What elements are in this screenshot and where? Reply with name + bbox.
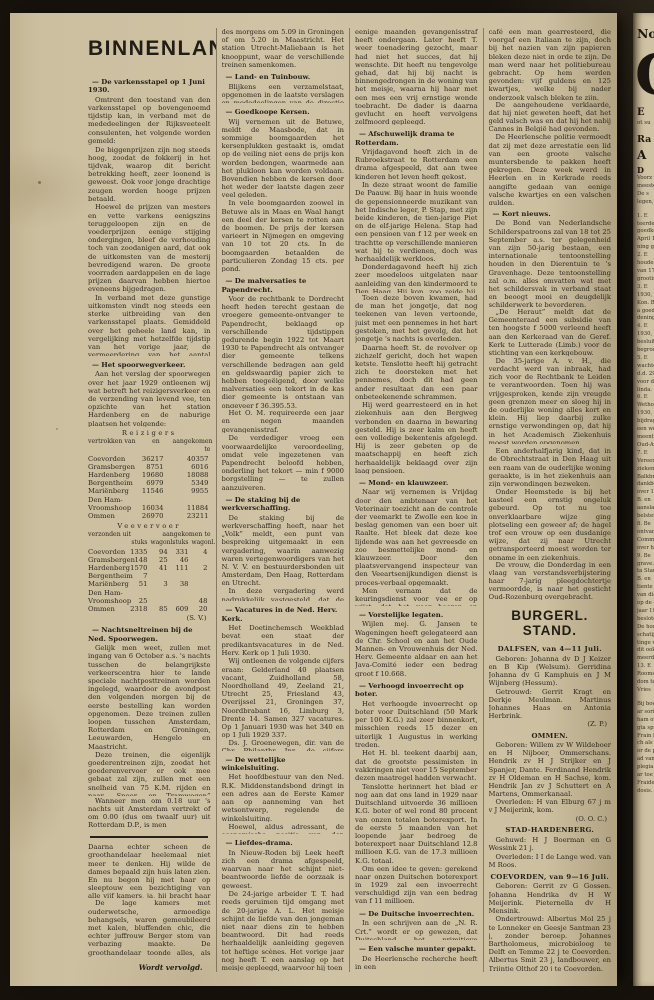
cut-off-text-fragment: 1930, ho [637, 410, 654, 418]
table-header-cell: aangekomen te [173, 438, 211, 454]
feuilleton-divider [90, 836, 208, 838]
masthead-fragment: E [637, 107, 654, 118]
cut-off-text-fragment: B. en [637, 497, 654, 505]
table-header-cell: en [139, 438, 172, 454]
article-subheading: — Afschuwelijk drama te Rotterdam. [355, 130, 478, 147]
cut-off-text-fragment: April 19 [637, 236, 654, 244]
table-row: Gramsbergen1482546 [88, 556, 211, 564]
cut-off-text-fragment: tinge vo [637, 640, 654, 648]
table-cell [191, 580, 210, 588]
article-paragraph: Wij vernemen uit de Betuwe, meldt de Maa… [222, 118, 345, 199]
cut-off-text-fragment: dosis. [637, 788, 654, 796]
table-cell: 6979 [139, 479, 172, 487]
article-paragraph: In deze vergadering werd nadrukkelijk va… [222, 587, 345, 601]
table-cell [171, 597, 192, 605]
table-cell: 11884 [173, 504, 211, 512]
table-cell: 26970 [139, 512, 172, 520]
article-paragraph: Men vernam dat de keuringsdienst voor ve… [355, 587, 478, 606]
article-subheading: — Een valsche munter gepakt. [355, 945, 478, 953]
article-paragraph: In vele boomgaarden zoowel in Betuwe als… [222, 199, 345, 272]
table-row: Hardenberg1570411112 [88, 564, 211, 572]
cut-off-text-fragment: meerderi [637, 655, 654, 663]
cut-off-text-fragment: Frain bla [637, 733, 654, 741]
cut-off-text-fragment: over 192 [637, 489, 654, 497]
article-paragraph: Getrouwd: Gerrit Kragt en Derkje Meulman… [489, 688, 612, 720]
cut-off-text-fragment: Voorz [637, 175, 654, 183]
page-content: BINNENLAND.— De varkensstapel op 1 Juni … [83, 28, 616, 972]
article-paragraph: Vrijdagavond heeft zich in de Rubroekstr… [355, 148, 478, 180]
table-cell: Bergentheim [88, 479, 139, 487]
newspaper-scan: BINNENLAND.— De varkensstapel op 1 Juni … [0, 0, 654, 1000]
paper-stain [38, 181, 41, 184]
paper-stain [56, 428, 58, 430]
cut-off-text-fragment: 3. E [637, 284, 654, 292]
article-paragraph: De lage kamers met ouderwetsche, armoedi… [88, 899, 211, 958]
cut-off-text-fragment: Kon. B [637, 300, 654, 308]
table-row: Den Ham- [88, 496, 211, 504]
table-header-cell: verzonden uit [88, 531, 149, 539]
cut-off-text-fragment: begrooti [637, 347, 654, 355]
table-cell: 8751 [139, 463, 172, 471]
article-paragraph: Ds. J. Groenewegen, dir. van de Chr. Phi… [222, 739, 345, 750]
cut-off-text-fragment: aanslage [637, 505, 654, 513]
cut-off-text-fragment: plegia da [637, 764, 654, 772]
source-attribution: (S. V.) [88, 614, 211, 622]
cut-off-text-fragment: 4. E [637, 323, 654, 331]
table-subheader-row: stukswagonl.stukswagonl. [88, 539, 211, 547]
article-paragraph: De verdediger vroeg een voorwaardelijke … [222, 434, 345, 491]
table-row: Vroomshoop2548 [88, 597, 211, 605]
article-paragraph: Gehuwd: H J Boerman en G Wessink 21 j. [489, 836, 612, 852]
table-cell: 1570 [130, 564, 151, 572]
article-paragraph: In een schrijven aan de „N. R. Crt.” wor… [355, 919, 478, 940]
article-subheading: — De staking bij de werkverschaffing. [222, 496, 345, 513]
cut-off-text-fragment: Roomsc [637, 671, 654, 679]
civil-registry-place-heading: COEVORDEN, van 9—16 Juli. [489, 873, 612, 881]
article-subheading: — Liefdes-drama. [222, 839, 345, 847]
table-header-cell: stuks [130, 539, 151, 547]
article-paragraph: Omtrent den toestand van den varkensstap… [88, 96, 211, 145]
table-cell [171, 572, 192, 580]
cut-off-text-fragment: teerde [637, 221, 654, 229]
table-header-row: vertrokken vanenaangekomen te [88, 438, 211, 454]
article-subheading: — Mond- en klauwzeer. [355, 479, 478, 487]
livestock-data-table: Veevervoerverzonden uitaangekomen testuk… [88, 522, 211, 613]
table-cell: 609 [171, 605, 192, 613]
table-cell: 111 [171, 564, 192, 572]
article-paragraph: Wijlen mej. G. Jansen te Wageningen heef… [355, 620, 478, 677]
table-cell: 148 [130, 556, 151, 564]
cut-off-text-fragment: wachter [637, 363, 654, 371]
article-paragraph: De Heerlensche recherche heeft in een [355, 955, 478, 971]
article-paragraph: De 35-jarige A. v. H., die verdacht werd… [489, 357, 612, 445]
article-paragraph: Hoewel, aldus adressant, de economische … [222, 823, 345, 834]
article-subheading: — Land- en Tuinbouw. [222, 73, 345, 81]
article-subheading: — Kort nieuws. [489, 210, 612, 218]
cut-off-text-fragment: op de gro [637, 600, 654, 608]
column-3: eenige maanden gevangenisstraf heeft ond… [349, 28, 483, 972]
cut-off-text-fragment: ziekenve [637, 466, 654, 474]
table-header-cell: aangekomen te [149, 531, 210, 539]
article-subheading: — Vorstelijke legaten. [355, 611, 478, 619]
article-paragraph: Voor de rechtbank te Dordrecht heeft hed… [222, 295, 345, 408]
cut-off-text-fragment: bijdrage [637, 418, 654, 426]
table-cell [171, 589, 192, 597]
cut-off-text-fragment: tiente [637, 584, 654, 592]
article-subheading: — De Duitsche invoerrechten. [355, 910, 478, 918]
table-cell: Ommen [88, 512, 139, 520]
cut-off-text-fragment: van diens [637, 592, 654, 600]
article-subheading: — De varkensstapel op 1 Juni 1930. [88, 78, 211, 95]
cut-off-text-fragment: dening [637, 315, 654, 323]
cut-off-text-fragment: ontvange [637, 529, 654, 537]
table-cell: Mariënberg [88, 580, 130, 588]
table-row: Gramsbergen87516016 [88, 463, 211, 471]
section-heading-burgerlijke-stand: BURGERL. STAND. [489, 608, 612, 638]
table-cell [150, 572, 170, 580]
table-cell: Coevorden [88, 455, 139, 463]
article-paragraph: De vrouw, die Donderdag in een vlaag van… [489, 561, 612, 601]
cut-off-text-fragment: ham on [637, 717, 654, 725]
cut-off-text-fragment: 9. Be [637, 553, 654, 561]
article-paragraph: Toen deze boven kwamen, had de man het j… [355, 294, 478, 343]
table-row: Ommen23188560920 [88, 605, 211, 613]
table-cell: Coevorden [88, 548, 130, 556]
cut-off-text-fragment: schatijk [637, 632, 654, 640]
issue-number-label: No. [637, 27, 654, 41]
cut-off-text-fragment: ta Stad H [637, 568, 654, 576]
table-title: Reizigers [88, 429, 211, 438]
cut-off-text-fragment: 1930, be [637, 292, 654, 300]
civil-registry-place-heading: DALFSEN, van 4—11 Juli. [489, 645, 612, 653]
article-subheading: — Nachtsneltreinen bij de Ned. Spoorwege… [88, 626, 211, 643]
table-cell: Hardenberg [88, 564, 130, 572]
table-cell: Vroomshoop [88, 597, 130, 605]
article-paragraph: Geboren: Willem zv W Wildeboer en H Nijb… [489, 741, 612, 797]
table-cell: 25 [130, 597, 151, 605]
article-continuation-paragraph: eenige maanden gevangenisstraf heeft ond… [355, 28, 478, 125]
article-subheading: — Goedkoope Kersen. [222, 108, 345, 116]
table-cell: 4 [191, 548, 210, 556]
cut-off-text-fragment: 1. E [637, 213, 654, 221]
table-row: Ommen2697023211 [88, 512, 211, 520]
column-1: BINNENLAND.— De varkensstapel op 1 Juni … [83, 28, 216, 972]
table-cell: 36217 [139, 455, 172, 463]
table-cell: 48 [191, 597, 210, 605]
article-continuation-paragraph: café een man gearresteerd, die voorgaf e… [489, 28, 612, 100]
cut-off-text-fragment: goedkeu [637, 228, 654, 236]
table-cell: 1335 [130, 548, 151, 556]
table-cell [139, 496, 172, 504]
table-cell: 7 [130, 572, 151, 580]
table-row: Coevorden1335943314 [88, 548, 211, 556]
cut-off-text-fragment: 5. E [637, 355, 654, 363]
article-subheading: — Het spoorwegverkeer. [88, 361, 211, 369]
article-paragraph: Donderdagavond heeft hij zich zeer moede… [355, 263, 478, 293]
cut-off-text-fragment: Vereenig [637, 458, 654, 466]
article-paragraph: Wij ontleenen de volgende cijfers eraan:… [222, 657, 345, 738]
table-row: Mariënberg115469955 [88, 487, 211, 495]
table-cell: 16034 [139, 504, 172, 512]
table-cell: Gramsbergen [88, 556, 130, 564]
article-paragraph: Tenslotte herinnert het blad er nog aan … [355, 783, 478, 864]
table-cell: 19680 [139, 471, 172, 479]
table-cell: 94 [150, 548, 170, 556]
table-row: Hardenberg1968018088 [88, 471, 211, 479]
adjacent-page-edge: No. OEot suRaADVoorzmeester.De slegen, w… [633, 13, 654, 986]
article-continuation-paragraph: des morgens om 5.09 in Groningen of om 5… [222, 28, 345, 68]
table-cell [150, 597, 170, 605]
table-cell: 331 [171, 548, 192, 556]
cut-off-text-fragment: 6. E [637, 394, 654, 402]
article-paragraph: Blijkens een verzamelstaat, opgenomen in… [222, 83, 345, 103]
article-subheading: — Vacatures in de Ned. Herv. Kerk. [222, 606, 345, 623]
table-row: Vroomshoop1603411884 [88, 504, 211, 512]
cut-off-text-fragment: Fraiden [637, 780, 654, 788]
table-header-row: verzonden uitaangekomen te [88, 531, 211, 539]
table-row: Bergentheim7 [88, 572, 211, 580]
cut-off-text-fragment: dom te [637, 679, 654, 687]
article-paragraph: In Nieuw-Roden bij Leek heeft zich een d… [222, 849, 345, 889]
table-cell: 20 [191, 605, 210, 613]
cut-off-text-fragment: 13. E [637, 663, 654, 671]
article-continuation-paragraph: Daarna echter scheen de groothandelaar h… [88, 843, 211, 898]
table-cell: 25 [150, 556, 170, 564]
masthead-fragment: Ra [637, 134, 654, 145]
table-cell: Gramsbergen [88, 463, 139, 471]
cut-off-text-fragment: or de pre [637, 748, 654, 756]
cut-off-text-fragment: a goedk [637, 308, 654, 316]
article-paragraph: Het verhoogde invoerrecht op boter voor … [355, 700, 478, 749]
article-paragraph: Wanneer men om 0.18 uur 's nachts uit Am… [88, 797, 211, 830]
table-cell [173, 496, 211, 504]
table-row: Mariënberg51338 [88, 580, 211, 588]
table-row: Coevorden3621740357 [88, 455, 211, 463]
cut-off-text-fragment: Vries [637, 687, 654, 695]
article-paragraph: Onder Heemstede is bij het kasteel een e… [489, 488, 612, 560]
article-paragraph: Aan het verslag der spoorwegen over het … [88, 370, 211, 427]
cut-off-text-fragment: meente [637, 434, 654, 442]
cut-off-text-fragment: dit ook [637, 647, 654, 655]
cut-off-text-fragment: B. en [637, 576, 654, 584]
civil-registry-place-heading: OMMEN. [489, 732, 612, 740]
column-2: des morgens om 5.09 in Groningen of om 5… [216, 28, 350, 972]
masthead-fragment: D [637, 165, 654, 175]
cut-off-text-fragment: ch als g [637, 740, 654, 748]
cut-off-text-fragment: over het [637, 545, 654, 553]
cut-off-text-fragment: jaar 1930 [637, 608, 654, 616]
cut-off-text-fragment: grooting [637, 276, 654, 284]
table-cell: 85 [150, 605, 170, 613]
article-paragraph: In verband met deze gunstige uitkomsten … [88, 294, 211, 356]
article-paragraph: Om een idee te geven: gerekend naar onze… [355, 865, 478, 905]
table-cell [191, 556, 210, 564]
article-subheading: — Verhoogd invoerrecht op boter. [355, 682, 478, 699]
cut-off-text-fragment: Balkbrug [637, 474, 654, 482]
article-paragraph: Overleden: H van Elburg 67 j m v J Meije… [489, 798, 612, 814]
table-cell [191, 572, 210, 580]
cut-off-text-fragment: De s [637, 191, 654, 199]
table-cell: Ommen [88, 605, 130, 613]
cut-off-text-fragment: meester. [637, 183, 654, 191]
cut-off-text-fragment: houdend [637, 260, 654, 268]
newspaper-page: BINNENLAND.— De varkensstapel op 1 Juni … [10, 13, 617, 986]
table-header-cell [88, 539, 130, 547]
table-cell: Den Ham- [88, 496, 139, 504]
table-cell: 11546 [139, 487, 172, 495]
cut-off-text-fragment: belsten. [637, 513, 654, 521]
table-row: Bergentheim69795349 [88, 479, 211, 487]
cut-off-text-fragment: legen, w [637, 199, 654, 207]
section-heading-binnenland: BINNENLAND. [88, 37, 211, 61]
article-paragraph: Deze treinen, die eigenlijk goederentrei… [88, 751, 211, 796]
source-attribution: (Z. P.) [489, 720, 612, 728]
article-paragraph: Hoewel de prijzen van mesters en vette v… [88, 203, 211, 292]
article-paragraph: „De Heraut” meldt dat de Gemeenteraad ee… [489, 308, 612, 356]
article-paragraph: Ondertrouwd: Albertus Mol 25 j te Lonnek… [489, 915, 612, 971]
table-cell: 9955 [173, 487, 211, 495]
table-cell: 38 [171, 580, 192, 588]
table-cell: Mariënberg [88, 487, 139, 495]
table-cell: 40357 [173, 455, 211, 463]
cut-off-text-fragment: Oud-Ave [637, 442, 654, 450]
civil-registry-place-heading: STAD-HARDENBERG. [489, 826, 612, 834]
table-cell [150, 589, 170, 597]
table-cell: 2318 [130, 605, 151, 613]
article-paragraph: Een anderhalfjarig kind, dat in de Obrec… [489, 447, 612, 487]
table-cell [191, 589, 210, 597]
cut-off-text-fragment: besloten. [637, 616, 654, 624]
table-cell: 2 [191, 564, 210, 572]
masthead-fragment: ot su [637, 120, 654, 127]
cut-off-text-fragment: 8. Be [637, 521, 654, 529]
cut-off-text-fragment: grave. de [637, 561, 654, 569]
cut-off-text-fragment: Commiss [637, 537, 654, 545]
serial-continuation-note: Wordt vervolgd. [88, 963, 211, 972]
article-paragraph: Geboren: Johanna dv D J Keizer en B Kip … [489, 655, 612, 687]
article-subheading: — De malversaties te Papendrecht. [222, 277, 345, 294]
table-row: Den Ham- [88, 589, 211, 597]
table-title: Veevervoer [88, 522, 211, 531]
article-paragraph: De biggenprijzen zijn nog steeds hoog, z… [88, 146, 211, 203]
article-paragraph: De Bond van Nederlandsche Schilderspatro… [489, 219, 612, 307]
cut-off-text-fragment: Bij boek [637, 701, 654, 709]
cut-off-text-fragment: ar sorij [637, 709, 654, 717]
article-paragraph: In deze straat woont de familie De Paauw… [355, 181, 478, 262]
cut-off-text-fragment: ad van [637, 756, 654, 764]
article-paragraph: Daarna heeft St. de revolver op zichzelf… [355, 344, 478, 401]
source-attribution: (O. O. C.) [489, 815, 612, 823]
article-paragraph: Het Doetinchemsch Weekblad bevat een sta… [222, 624, 345, 656]
table-cell: Hardenberg [88, 471, 139, 479]
cut-off-text-fragment: linda. [637, 387, 654, 395]
article-paragraph: De aangehoudene verklaarde, dat hij niet… [489, 101, 612, 133]
cut-off-text-fragment: ning gro [637, 244, 654, 252]
article-paragraph: Het H. bl. teekent daarbij aan, dat de g… [355, 749, 478, 781]
cut-off-text-fragment: gta spis [637, 725, 654, 733]
article-paragraph: Het hoofdbestuur van den Ned. R.K. Midde… [222, 773, 345, 821]
table-cell: 3 [150, 580, 170, 588]
table-cell [130, 589, 151, 597]
cut-off-text-fragment: ar toe t [637, 772, 654, 780]
article-paragraph: Overleden: I I de Lange wed. van M Roos. [489, 853, 612, 869]
article-subheading: — De wettelijke winkelsluiting. [222, 756, 345, 773]
article-paragraph: De 24-jarige arbeider T. T. had reeds ge… [222, 890, 345, 971]
cut-off-text-fragment: Wethoud [637, 402, 654, 410]
cut-off-text-fragment: 7. E [637, 450, 654, 458]
table-cell: Bergentheim [88, 572, 130, 580]
cut-off-text-fragment: van 17 [637, 268, 654, 276]
table-cell: 18088 [173, 471, 211, 479]
table-cell: 46 [171, 556, 192, 564]
cut-off-text-fragment: d.d. 29 [637, 371, 654, 379]
table-cell: 5349 [173, 479, 211, 487]
article-paragraph: De staking bij de werkverschaffing heeft… [222, 514, 345, 587]
table-cell: 51 [130, 580, 151, 588]
article-paragraph: Het O. M. requireerde een jaar en negen … [222, 409, 345, 433]
article-paragraph: Geboren: Gerrit zv G Gossen. Johanna Hen… [489, 882, 612, 914]
article-paragraph: Naar wij vernemen is Vrijdag door den am… [355, 488, 478, 585]
masthead-fragment: A [637, 149, 654, 162]
table-header-cell: vertrokken van [88, 438, 139, 454]
table-header-cell: wagonl. [191, 539, 210, 547]
table-header-cell: wagonl. [150, 539, 170, 547]
cut-off-text-fragment: een weg [637, 426, 654, 434]
table-cell: 6016 [173, 463, 211, 471]
table-cell: Den Ham- [88, 589, 130, 597]
table-cell: 41 [150, 564, 170, 572]
article-paragraph: De Heerlensche politie vermoedt dat zij … [489, 133, 612, 205]
column-4: café een man gearresteerd, die voorgaf e… [483, 28, 617, 972]
passenger-data-table: Reizigersvertrokken vanenaangekomen teCo… [88, 429, 211, 520]
cut-off-text-fragment: besluit v [637, 339, 654, 347]
table-cell: Vroomshoop [88, 504, 139, 512]
cut-off-text-fragment: dankbetu [637, 481, 654, 489]
cut-off-text-fragment: 1930, ho [637, 331, 654, 339]
article-paragraph: Hij werd gearresteerd en in het ziekenhu… [355, 401, 478, 474]
cut-off-text-fragment: 2. E [637, 252, 654, 260]
masthead-fragment: O [635, 49, 654, 101]
table-header-cell: stuks [171, 539, 192, 547]
cut-off-text-fragment: voor de [637, 379, 654, 387]
table-cell: 23211 [173, 512, 211, 520]
article-paragraph: Gelijk men weet, zullen met ingang van 6… [88, 644, 211, 750]
cut-off-text-fragment: De hoo [637, 624, 654, 632]
